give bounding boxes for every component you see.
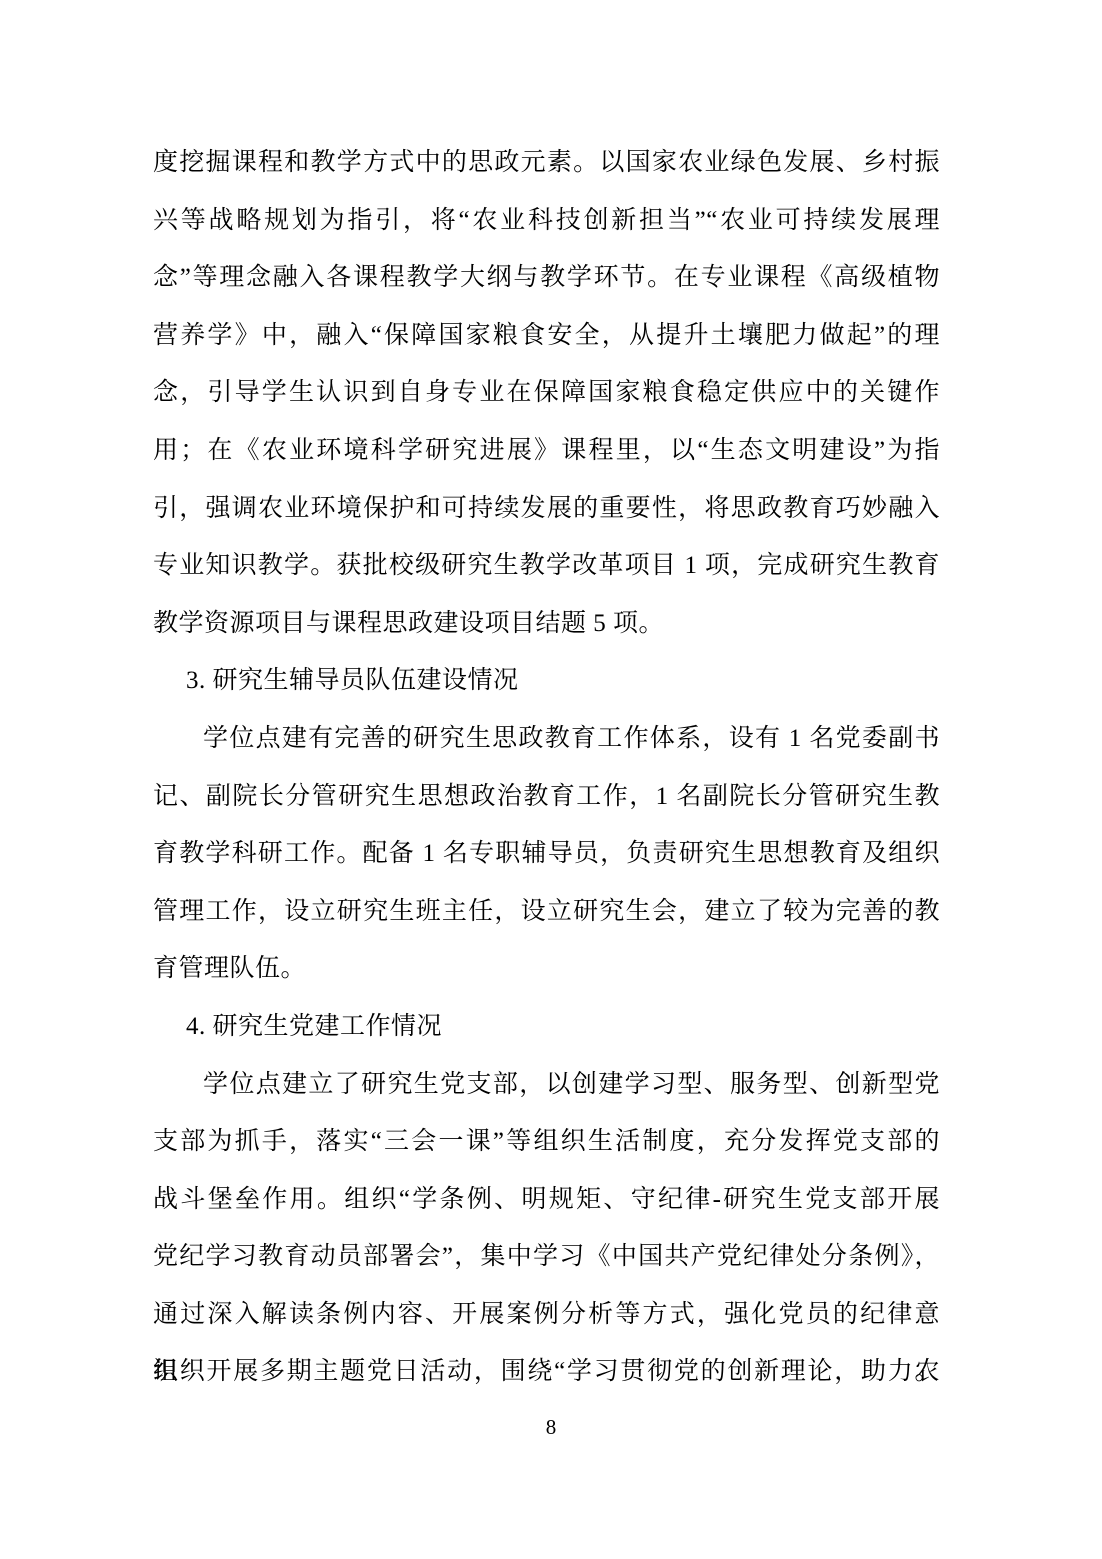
text-line: 3. 研究生辅导员队伍建设情况	[153, 652, 940, 710]
text-line: 育管理队伍。	[153, 940, 940, 998]
text-line: 引，强调农业环境保护和可持续发展的重要性，将思政教育巧妙融入	[153, 480, 940, 538]
text-line: 育教学科研工作。配备 1 名专职辅导员，负责研究生思想教育及组织	[153, 825, 940, 883]
text-line: 党纪学习教育动员部署会”，集中学习《中国共产党纪律处分条例》，	[153, 1228, 940, 1286]
text-line: 4. 研究生党建工作情况	[153, 998, 940, 1056]
text-line: 度挖掘课程和教学方式中的思政元素。以国家农业绿色发展、乡村振	[153, 134, 940, 192]
text-line: 教学资源项目与课程思政建设项目结题 5 项。	[153, 595, 940, 653]
text-line: 学位点建立了研究生党支部，以创建学习型、服务型、创新型党	[153, 1056, 940, 1114]
text-line: 营养学》中，融入“保障国家粮食安全，从提升土壤肥力做起”的理	[153, 307, 940, 365]
text-line: 用；在《农业环境科学研究进展》课程里，以“生态文明建设”为指	[153, 422, 940, 480]
text-line: 通过深入解读条例内容、开展案例分析等方式，强化党员的纪律意识。	[153, 1286, 940, 1344]
text-line: 学位点建有完善的研究生思政教育工作体系，设有 1 名党委副书	[153, 710, 940, 768]
text-line: 组织开展多期主题党日活动，围绕“学习贯彻党的创新理论，助力农	[153, 1343, 940, 1401]
text-line: 支部为抓手，落实“三会一课”等组织生活制度，充分发挥党支部的	[153, 1113, 940, 1171]
text-line: 兴等战略规划为指引，将“农业科技创新担当”“农业可持续发展理	[153, 192, 940, 250]
document-page: 度挖掘课程和教学方式中的思政元素。以国家农业绿色发展、乡村振兴等战略规划为指引，…	[0, 0, 1102, 1559]
text-line: 专业知识教学。获批校级研究生教学改革项目 1 项，完成研究生教育	[153, 537, 940, 595]
page-number: 8	[0, 1412, 1102, 1442]
text-line: 记、副院长分管研究生思想政治教育工作，1 名副院长分管研究生教	[153, 768, 940, 826]
text-line: 战斗堡垒作用。组织“学条例、明规矩、守纪律-研究生党支部开展	[153, 1171, 940, 1229]
document-body: 度挖掘课程和教学方式中的思政元素。以国家农业绿色发展、乡村振兴等战略规划为指引，…	[153, 134, 940, 1401]
text-line: 管理工作，设立研究生班主任，设立研究生会，建立了较为完善的教	[153, 883, 940, 941]
text-line: 念”等理念融入各课程教学大纲与教学环节。在专业课程《高级植物	[153, 249, 940, 307]
text-line: 念，引导学生认识到自身专业在保障国家粮食稳定供应中的关键作	[153, 364, 940, 422]
